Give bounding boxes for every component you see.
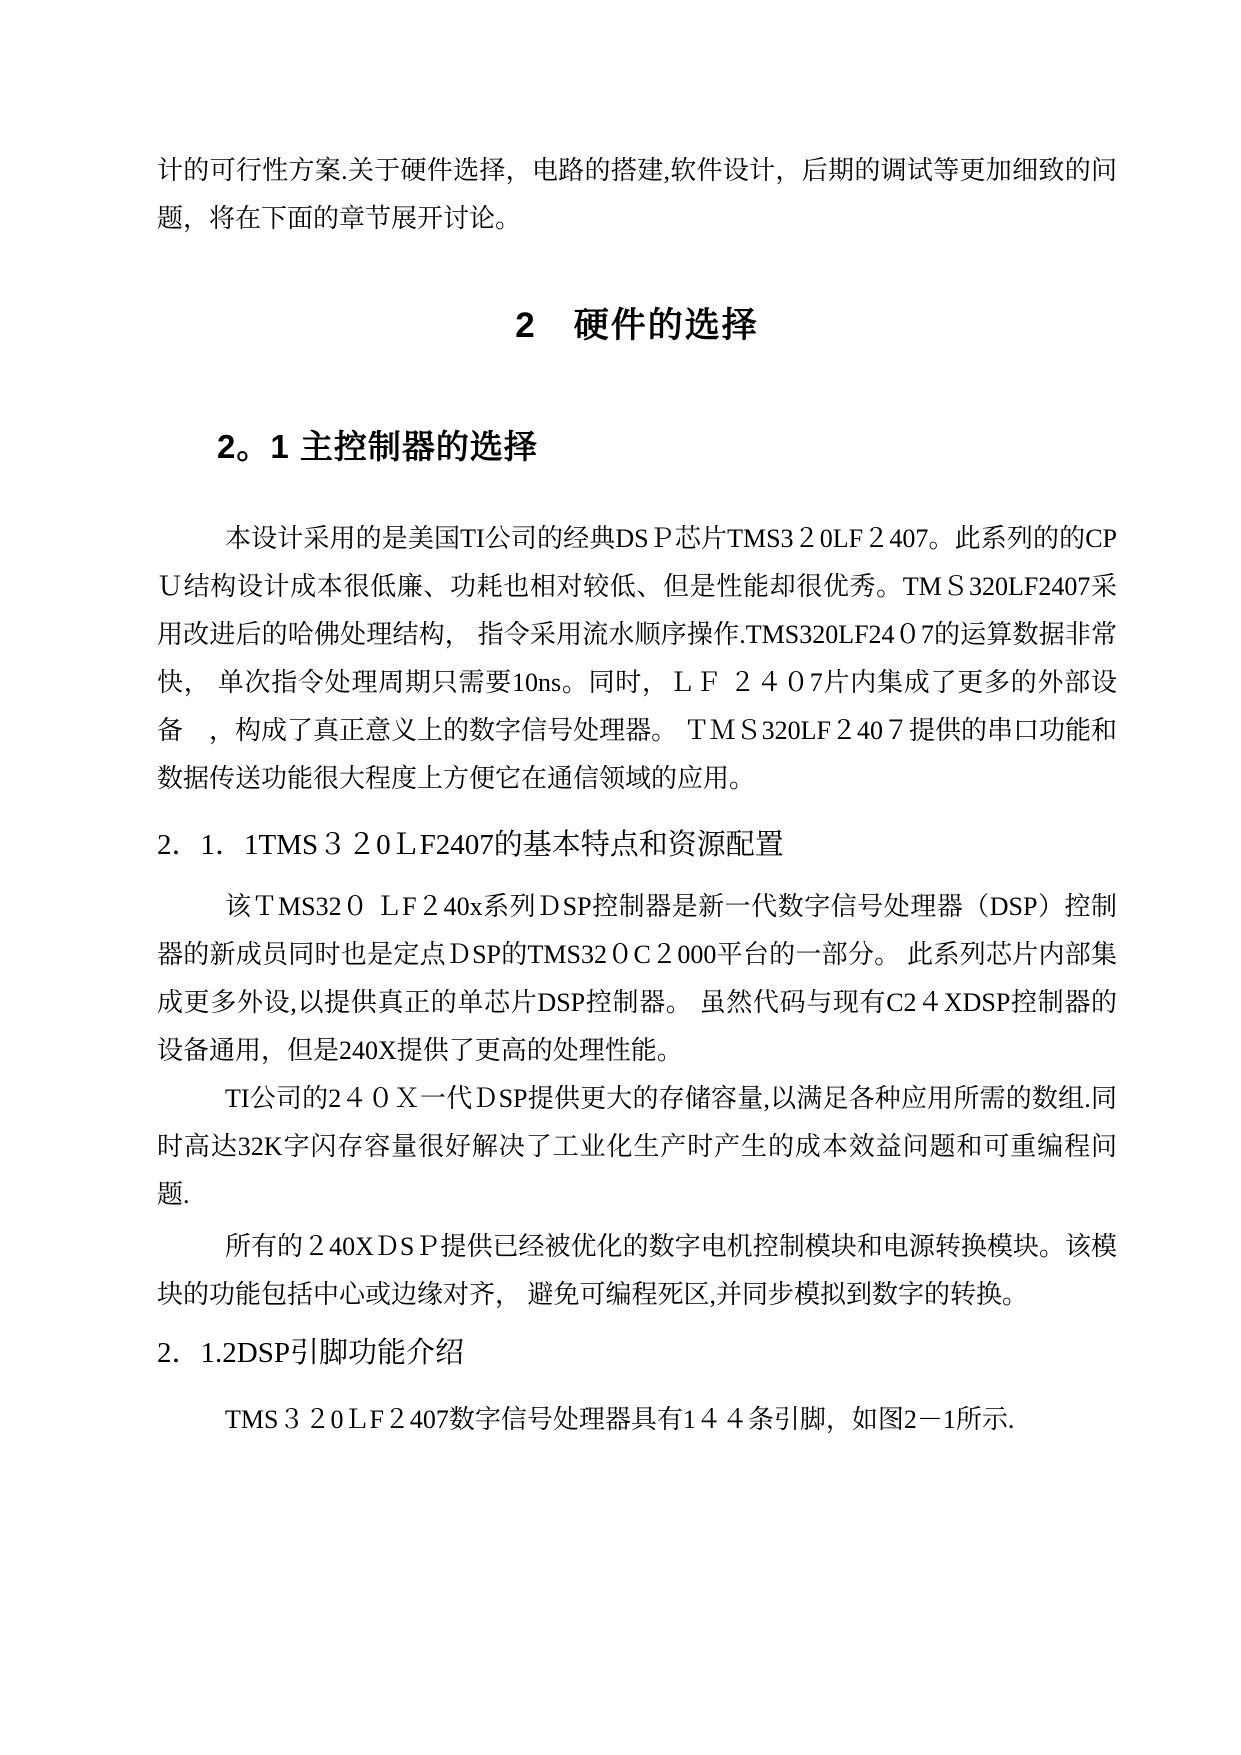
- document-page: 计的可行性方案.关于硬件选择，电路的搭建,软件设计，后期的调试等更加细致的问题，…: [0, 0, 1241, 1755]
- subsection-1-1-paragraph-3: 所有的２40XＤSＰ提供已经被优化的数字电机控制模块和电源转换模块。该模块的功能…: [157, 1223, 1117, 1319]
- intro-paragraph: 计的可行性方案.关于硬件选择，电路的搭建,软件设计，后期的调试等更加细致的问题，…: [157, 147, 1117, 243]
- subsection-1-2-heading: 2．1.2DSP引脚功能介绍: [157, 1331, 1117, 1375]
- subsection-1-2-paragraph: TMS３２0ＬF２407数字信号处理器具有1４４条引脚，如图2－1所示.: [157, 1396, 1117, 1444]
- subsection-1-1-paragraph-2: TI公司的2４０Ｘ一代ＤSP提供更大的存储容量,以满足各种应用所需的数组.同时高…: [157, 1075, 1117, 1219]
- section-heading: 2。1 主控制器的选择: [157, 423, 1117, 471]
- section-paragraph: 本设计采用的是美国TI公司的经典DSＰ芯片TMS3２0LF２407。此系列的的C…: [157, 515, 1117, 803]
- subsection-1-1-paragraph-1: 该ＴMS32０ ＬF２40x系列ＤSP控制器是新一代数字信号处理器（DSP）控制…: [157, 883, 1117, 1075]
- chapter-heading: 2 硬件的选择: [157, 298, 1117, 354]
- subsection-1-1-heading: 2．1．1TMS３２0ＬF2407的基本特点和资源配置: [157, 823, 1117, 867]
